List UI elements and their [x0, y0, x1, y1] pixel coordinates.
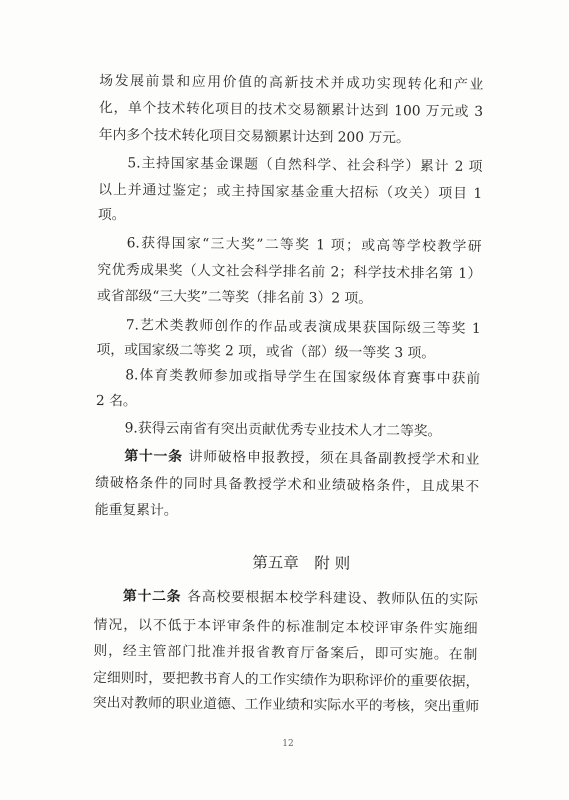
article-12-line: 则，经主管部门批准并报省教育厅备案后，即可实施。在制 — [93, 642, 477, 664]
list-item-6-line: 6.获得国家“三大奖”二等奖 1 项；或高等学校教学研 — [98, 234, 482, 256]
page-text-block: 场发展前景和应用价值的高新技术并成功实现转化和产业 化，单个技术转化项目的技术交… — [92, 0, 484, 800]
article-12-line: 第十二条各高校要根据本校学科建设、教师队伍的实际 — [94, 587, 478, 609]
list-item-8-line: 2 名。 — [96, 392, 480, 414]
article-12-line: 定细则时，要把教书育人的工作实绩作为职称评价的重要依据， — [93, 669, 477, 691]
list-item-5-line: 5.主持国家基金课题（自然科学、社会科学）累计 2 项 — [98, 154, 482, 176]
article-11-label: 第十一条 — [124, 448, 182, 465]
article-11-line: 绩破格条件的同时具备教授学术和业绩破格条件，且成果不 — [95, 474, 479, 496]
article-12-label: 第十二条 — [123, 588, 181, 605]
body-line: 化，单个技术转化项目的技术交易额累计达到 100 万元或 3 — [99, 99, 483, 121]
article-11-line: 第十一条讲师破格申报教授，须在具备副教授学术和业 — [95, 447, 479, 469]
list-item-7-line: 项，或国家级二等奖 2 项，或省（部）级一等奖 3 项。 — [96, 341, 480, 363]
article-12-line: 突出对教师的职业道德、工作业绩和实际水平的考核，突出重师 — [93, 694, 477, 716]
page-number: 12 — [268, 739, 308, 749]
list-item-6-line: 究优秀成果奖（人文社会科学排名前 2；科学技术排名第 1） — [97, 261, 481, 283]
list-item-8-line: 8.体育类教师参加或指导学生在国家级体育赛事中获前 — [96, 366, 480, 388]
article-11-text: 讲师破格申报教授，须在具备副教授学术和业 — [189, 449, 480, 468]
article-11-line: 能重复累计。 — [95, 501, 479, 523]
list-item-7-line: 7.艺术类教师创作的作品或表演成果获国际级三等奖 1 — [97, 316, 481, 338]
document-page: 场发展前景和应用价值的高新技术并成功实现转化和产业 化，单个技术转化项目的技术交… — [0, 0, 569, 800]
body-line: 年内多个技术转化项目交易额累计达到 200 万元。 — [99, 126, 483, 148]
list-item-5-line: 以上并通过鉴定；或主持国家基金重大招标（攻关）项目 1 — [98, 181, 482, 203]
list-item-5-line: 项。 — [98, 206, 482, 228]
chapter-heading: 第五章 附 则 — [252, 553, 350, 574]
article-12-text: 各高校要根据本校学科建设、教师队伍的实际 — [187, 589, 478, 608]
list-item-9-line: 9.获得云南省有突出贡献优秀专业技术人才二等奖。 — [96, 419, 480, 441]
list-item-6-line: 或省部级“三大奖”二等奖（排名前 3）2 项。 — [97, 287, 481, 309]
body-line: 场发展前景和应用价值的高新技术并成功实现转化和产业 — [99, 72, 483, 94]
article-12-line: 情况，以不低于本评审条件的标准制定本校评审条件实施细 — [94, 616, 478, 638]
